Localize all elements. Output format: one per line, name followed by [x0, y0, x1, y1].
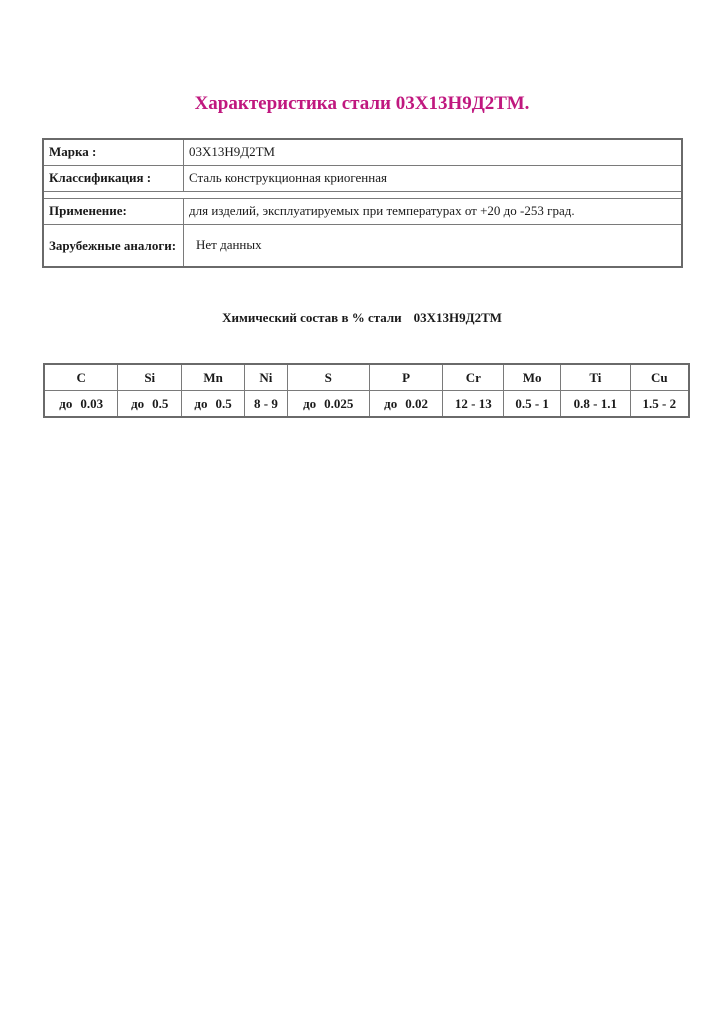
- element-value-mo: 0.5 - 1: [504, 391, 561, 418]
- element-value-c: до0.03: [44, 391, 118, 418]
- value-prefix: до: [59, 396, 72, 411]
- chemical-heading-grade: 03Х13Н9Д2ТМ: [414, 310, 502, 325]
- chemical-values-row: до0.03до0.5до0.58 - 9до0.025до0.0212 - 1…: [44, 391, 689, 418]
- element-value-mn: до0.5: [182, 391, 245, 418]
- property-label: Зарубежные аналоги:: [43, 224, 184, 267]
- value-number: 12 - 13: [455, 396, 492, 411]
- property-row-grade: Марка : 03Х13Н9Д2ТМ: [43, 139, 682, 165]
- element-header-si: Si: [118, 364, 182, 391]
- property-value: 03Х13Н9Д2ТМ: [184, 139, 683, 165]
- value-number: 1.5 - 2: [643, 396, 677, 411]
- value-number: 0.5: [216, 396, 232, 411]
- element-value-s: до0.025: [287, 391, 369, 418]
- value-number: 0.025: [324, 396, 353, 411]
- value-number: 0.03: [80, 396, 103, 411]
- property-label: Классификация :: [43, 165, 184, 191]
- chemical-composition-table: CSiMnNiSPCrMoTiCu до0.03до0.5до0.58 - 9д…: [43, 363, 690, 418]
- element-value-p: до0.02: [369, 391, 443, 418]
- element-header-mn: Mn: [182, 364, 245, 391]
- properties-table: Марка : 03Х13Н9Д2ТМ Классификация : Стал…: [42, 138, 683, 268]
- spacer-cell: [43, 191, 682, 198]
- chemical-composition-heading: Химический состав в % стали03Х13Н9Д2ТМ: [0, 310, 724, 326]
- element-value-ti: 0.8 - 1.1: [561, 391, 631, 418]
- element-header-ni: Ni: [245, 364, 288, 391]
- element-header-s: S: [287, 364, 369, 391]
- value-number: 0.02: [405, 396, 428, 411]
- element-header-ti: Ti: [561, 364, 631, 391]
- property-row-analogs: Зарубежные аналоги: Нет данных: [43, 224, 682, 267]
- value-number: 0.8 - 1.1: [574, 396, 617, 411]
- property-label: Применение:: [43, 198, 184, 224]
- element-header-c: C: [44, 364, 118, 391]
- value-prefix: до: [303, 396, 316, 411]
- element-header-cr: Cr: [443, 364, 504, 391]
- property-label: Марка :: [43, 139, 184, 165]
- element-value-si: до0.5: [118, 391, 182, 418]
- property-value: Сталь конструкционная криогенная: [184, 165, 683, 191]
- chemical-heading-text: Химический состав в % стали: [222, 310, 402, 325]
- value-number: 0.5: [152, 396, 168, 411]
- value-number: 0.5 - 1: [515, 396, 549, 411]
- chemical-header-row: CSiMnNiSPCrMoTiCu: [44, 364, 689, 391]
- element-value-ni: 8 - 9: [245, 391, 288, 418]
- element-header-cu: Cu: [630, 364, 689, 391]
- page-title: Характеристика стали 03Х13Н9Д2ТМ.: [0, 93, 724, 115]
- property-value: Нет данных: [184, 224, 683, 267]
- value-number: 8 - 9: [254, 396, 278, 411]
- element-value-cu: 1.5 - 2: [630, 391, 689, 418]
- value-prefix: до: [384, 396, 397, 411]
- element-header-p: P: [369, 364, 443, 391]
- property-row-application: Применение: для изделий, эксплуатируемых…: [43, 198, 682, 224]
- value-prefix: до: [131, 396, 144, 411]
- value-prefix: до: [194, 396, 207, 411]
- spacer-row: [43, 191, 682, 198]
- element-header-mo: Mo: [504, 364, 561, 391]
- element-value-cr: 12 - 13: [443, 391, 504, 418]
- property-value: для изделий, эксплуатируемых при темпера…: [184, 198, 683, 224]
- property-row-classification: Классификация : Сталь конструкционная кр…: [43, 165, 682, 191]
